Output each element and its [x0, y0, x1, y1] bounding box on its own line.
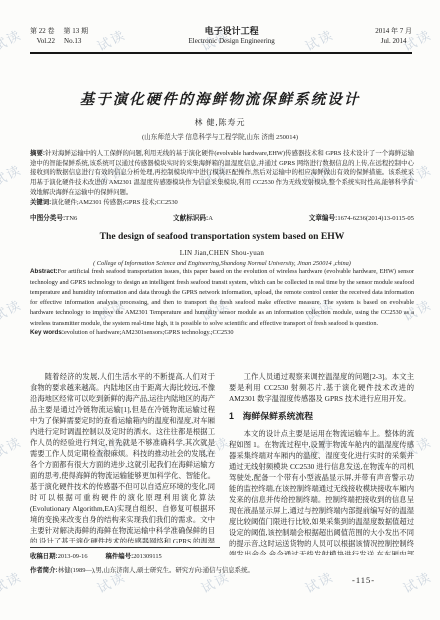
body-left-column: 随着经济的发展,人们生活水平的不断提高,人们对于食物的要求越来越高。内陆地区由于… [30, 371, 215, 543]
meta-clc-value: TN6 [65, 215, 77, 222]
watermark: 试读 [0, 566, 25, 597]
keywords-label-en: Key words: [30, 329, 64, 336]
authors-en: LIN Jian,CHEN Shou-yuan [30, 249, 414, 257]
received-date-value: 2013-09-16 [58, 553, 88, 560]
meta-doc-code: 文献标识码:A [173, 212, 213, 222]
abstract-label-cn: 摘要: [30, 150, 45, 157]
issue-en: No.13 [64, 36, 81, 46]
footnote-block: 收稿日期:2013-09-16稿件编号:201309115 [30, 547, 220, 561]
meta-id-value: 1674-6236(2014)13-0115-05 [337, 215, 414, 222]
abstract-cn: 摘要:针对海鲜运输中的人工保鲜的问题,利用无线的基于演化硬件(evolvable… [30, 149, 414, 198]
affiliation-cn: (山东师范大学 信息科学与工程学院,山东 济南 250014) [0, 131, 440, 141]
manuscript-no-value: 201309115 [133, 553, 162, 560]
header-volume-issue: 第 22 卷 第 13 期 Vol.22 No.13 [30, 26, 88, 46]
keywords-en: Key words:evolution of hardware;AM2301se… [30, 329, 414, 336]
watermark: 试读 [0, 159, 25, 190]
article-title-en: The design of seafood transportation sys… [30, 231, 414, 242]
authors-cn: 林 健,陈寿元 [0, 117, 440, 128]
abstract-label-en: Abstract: [30, 268, 58, 275]
front-matter: 摘要:针对海鲜运输中的人工保鲜的问题,利用无线的基于演化硬件(evolvable… [30, 149, 414, 336]
meta-clc-label: 中图分类号: [30, 215, 65, 222]
body-right-column: 工作人员通过观察来调控温湿度的问题[2-3]。本文主要是利用 CC2530 射频… [229, 371, 414, 555]
issue-cn: 第 13 期 [64, 26, 89, 36]
watermark: 试读 [0, 431, 25, 462]
keywords-text-en: evolution of hardware;AM2301sensors;GPRS… [64, 329, 234, 336]
intro-paragraph: 随着经济的发展,人们生活水平的不断提高,人们对于食物的要求越来越高。内陆地区由于… [30, 371, 215, 543]
meta-clc: 中图分类号:TN6 [30, 212, 77, 222]
article-meta: 中图分类号:TN6 文献标识码:A 文章编号:1674-6236(2014)13… [30, 212, 414, 222]
meta-article-id: 文章编号:1674-6236(2014)13-0115-05 [309, 212, 414, 222]
watermark: 试读 [0, 24, 25, 55]
section-1-heading: 1 海鲜保鲜系统流程 [229, 411, 414, 422]
meta-id-label: 文章编号: [309, 215, 338, 222]
received-date-label: 收稿日期: [30, 553, 58, 560]
intro-paragraph-cont: 工作人员通过观察来调控温湿度的问题[2-3]。本文主要是利用 CC2530 射频… [229, 371, 414, 404]
date-cn: 2014 年 7 月 [375, 26, 412, 36]
body-columns: 随着经济的发展,人们生活水平的不断提高,人们对于食物的要求越来越高。内陆地区由于… [30, 371, 414, 555]
journal-title-en: Electronic Design Engineering [188, 36, 274, 46]
keywords-cn: 关键词:演化硬件;AM2301 传感器;GPRS 技术;CC2530 [30, 198, 414, 208]
watermark: 试读 [0, 294, 25, 325]
volume-cn: 第 22 卷 [30, 26, 55, 36]
journal-title-cn: 电子设计工程 [188, 26, 274, 36]
abstract-en: Abstract:For artificial fresh seafood tr… [30, 267, 414, 329]
meta-doc-value: A [208, 215, 213, 222]
abstract-text-en: For artificial fresh seafood transportat… [30, 268, 414, 326]
article-title-cn: 基于演化硬件的海鲜物流保鲜系统设计 [0, 88, 440, 109]
page-number: -115- [352, 575, 375, 585]
manuscript-no-label: 稿件编号: [106, 553, 134, 560]
section-1-paragraph: 本文的设计点主要是运用在物流运输车上。整体的流程如图 1。在物流过程中,设置于物… [229, 428, 414, 555]
keywords-label-cn: 关键词: [30, 199, 51, 206]
header-journal-title: 电子设计工程 Electronic Design Engineering [188, 26, 274, 46]
journal-header: 第 22 卷 第 13 期 Vol.22 No.13 电子设计工程 Electr… [30, 26, 412, 54]
meta-doc-label: 文献标识码: [173, 215, 208, 222]
author-bio-text: 林健(1989—),男,山东济南人,硕士研究生。研究方向:通信与信息系统。 [58, 567, 254, 574]
affiliation-en: ( College of Information Science and Eng… [30, 260, 414, 267]
abstract-text-cn: 针对海鲜运输中的人工保鲜的问题,利用无线的基于演化硬件(evolvable ha… [30, 150, 414, 196]
header-date: 2014 年 7 月 Jul. 2014 [375, 26, 412, 46]
volume-en: Vol.22 [37, 36, 55, 46]
author-bio: 作者简介:林健(1989—),男,山东济南人,硕士研究生。研究方向:通信与信息系… [30, 565, 414, 574]
date-en: Jul. 2014 [375, 36, 412, 46]
journal-page: 试读 试读 试读 试读 试读 试读 试读 试读 试读 试读 试读 试读 试读 试… [0, 0, 440, 620]
keywords-text-cn: 演化硬件;AM2301 传感器;GPRS 技术;CC2530 [51, 199, 177, 206]
author-bio-label: 作者简介: [30, 567, 58, 574]
